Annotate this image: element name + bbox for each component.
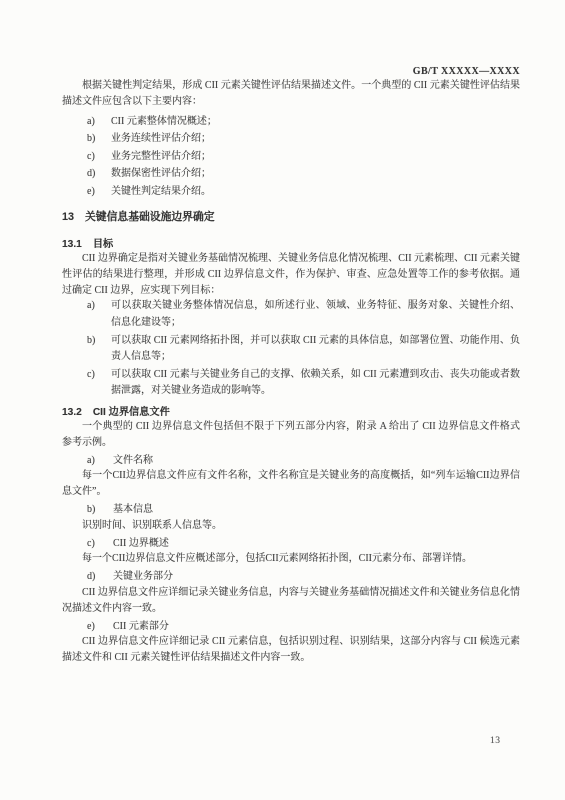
subitem-body: 每一个CII边界信息文件应概述部分，包括CII元素网络拓扑图，CII元素分布、部…: [62, 551, 520, 567]
list-item-label: c): [87, 367, 111, 400]
list-item-text: 关键性判定结果介绍。: [111, 183, 520, 201]
page-number: 13: [490, 736, 501, 746]
list-item: a) 可以获取关键业务整体情况信息，如所述行业、领域、业务特征、服务对象、关键性…: [62, 298, 520, 331]
list-item-text: 可以获取 CII 元素与关键业务自己的支撑、依赖关系，如 CII 元素遭到攻击、…: [111, 367, 520, 400]
subitem-heading: b) 基本信息: [62, 502, 520, 518]
subitem-label: e): [87, 619, 113, 635]
clause-number: 13.2: [62, 406, 82, 419]
clause-13-1-heading: 13.1 目标: [62, 238, 520, 251]
subitem-heading: d) 关键业务部分: [62, 569, 520, 585]
subitem-title: 文件名称: [113, 453, 153, 469]
standard-number-header: GB/T XXXXX—XXXX: [62, 66, 520, 78]
subitem-title: 关键业务部分: [113, 569, 173, 585]
list-item-text: CII 元素整体情况概述；: [111, 113, 520, 131]
list-item-text: 业务完整性评估介绍；: [111, 148, 520, 166]
clause-13-2-heading: 13.2 CII 边界信息文件: [62, 406, 520, 419]
clause-title: 目标: [93, 238, 113, 251]
subitem-label: d): [87, 569, 113, 585]
clause-13-2-paragraph: 一个典型的 CII 边界信息文件包括但不限于下列五部分内容，附录 A 给出了 C…: [62, 419, 520, 451]
list-item-label: b): [87, 130, 111, 148]
list-item-label: e): [87, 183, 111, 201]
list-item: b) 业务连续性评估介绍；: [62, 130, 520, 148]
clause-13-1-list: a) 可以获取关键业务整体情况信息，如所述行业、领域、业务特征、服务对象、关键性…: [62, 298, 520, 400]
subitem-body: 每一个CII边界信息文件应有文件名称，文件名称宜是关键业务的高度概括，如“列车运…: [62, 468, 520, 500]
subitem-label: b): [87, 502, 113, 518]
list-item-text: 可以获取 CII 元素网络拓扑图，并可以获取 CII 元素的具体信息，如部署位置…: [111, 333, 520, 366]
list-item-label: c): [87, 148, 111, 166]
subitem-label: c): [87, 536, 113, 552]
list-item-text: 数据保密性评估介绍；: [111, 165, 520, 183]
subitem-heading: c) CII 边界概述: [62, 536, 520, 552]
list-item-label: d): [87, 165, 111, 183]
list-item: a) CII 元素整体情况概述；: [62, 113, 520, 131]
list-item: e) 关键性判定结果介绍。: [62, 183, 520, 201]
page-content: GB/T XXXXX—XXXX 根据关键性判定结果，形成 CII 元素关键性评估…: [62, 66, 520, 666]
subitem-title: 基本信息: [113, 502, 153, 518]
list-item: c) 业务完整性评估介绍；: [62, 148, 520, 166]
document-page: GB/T XXXXX—XXXX 根据关键性判定结果，形成 CII 元素关键性评估…: [0, 0, 565, 800]
clause-number: 13.1: [62, 238, 82, 251]
list-item: c) 可以获取 CII 元素与关键业务自己的支撑、依赖关系，如 CII 元素遭到…: [62, 367, 520, 400]
intro-paragraph: 根据关键性判定结果，形成 CII 元素关键性评估结果描述文件。一个典型的 CII…: [62, 78, 520, 110]
clause-number: 13: [62, 210, 74, 224]
clause-13-heading: 13 关键信息基础设施边界确定: [62, 210, 520, 224]
clause-13-1-paragraph: CII 边界确定是指对关键业务基础情况梳理、关键业务信息化情况梳理、CII 元素…: [62, 251, 520, 298]
subitem-title: CII 边界概述: [113, 536, 169, 552]
subitem-heading: a) 文件名称: [62, 453, 520, 469]
list-item: d) 数据保密性评估介绍；: [62, 165, 520, 183]
subitem-label: a): [87, 453, 113, 469]
list-item-label: b): [87, 333, 111, 366]
list-item: b) 可以获取 CII 元素网络拓扑图，并可以获取 CII 元素的具体信息，如部…: [62, 333, 520, 366]
subitem-body: CII 边界信息文件应详细记录关键业务信息，内容与关键业务基础情况描述文件和关键…: [62, 585, 520, 617]
subitem-body: CII 边界信息文件应详细记录 CII 元素信息，包括识别过程、识别结果，这部分…: [62, 634, 520, 666]
list-item-text: 可以获取关键业务整体情况信息，如所述行业、领域、业务特征、服务对象、关键性介绍、…: [111, 298, 520, 331]
intro-list: a) CII 元素整体情况概述； b) 业务连续性评估介绍； c) 业务完整性评…: [62, 113, 520, 201]
list-item-text: 业务连续性评估介绍；: [111, 130, 520, 148]
subitem-body: 识别时间、识别联系人信息等。: [62, 518, 520, 534]
clause-title: CII 边界信息文件: [93, 406, 170, 419]
list-item-label: a): [87, 298, 111, 331]
clause-title: 关键信息基础设施边界确定: [85, 210, 215, 224]
subitem-heading: e) CII 元素部分: [62, 619, 520, 635]
subitem-title: CII 元素部分: [113, 619, 169, 635]
list-item-label: a): [87, 113, 111, 131]
